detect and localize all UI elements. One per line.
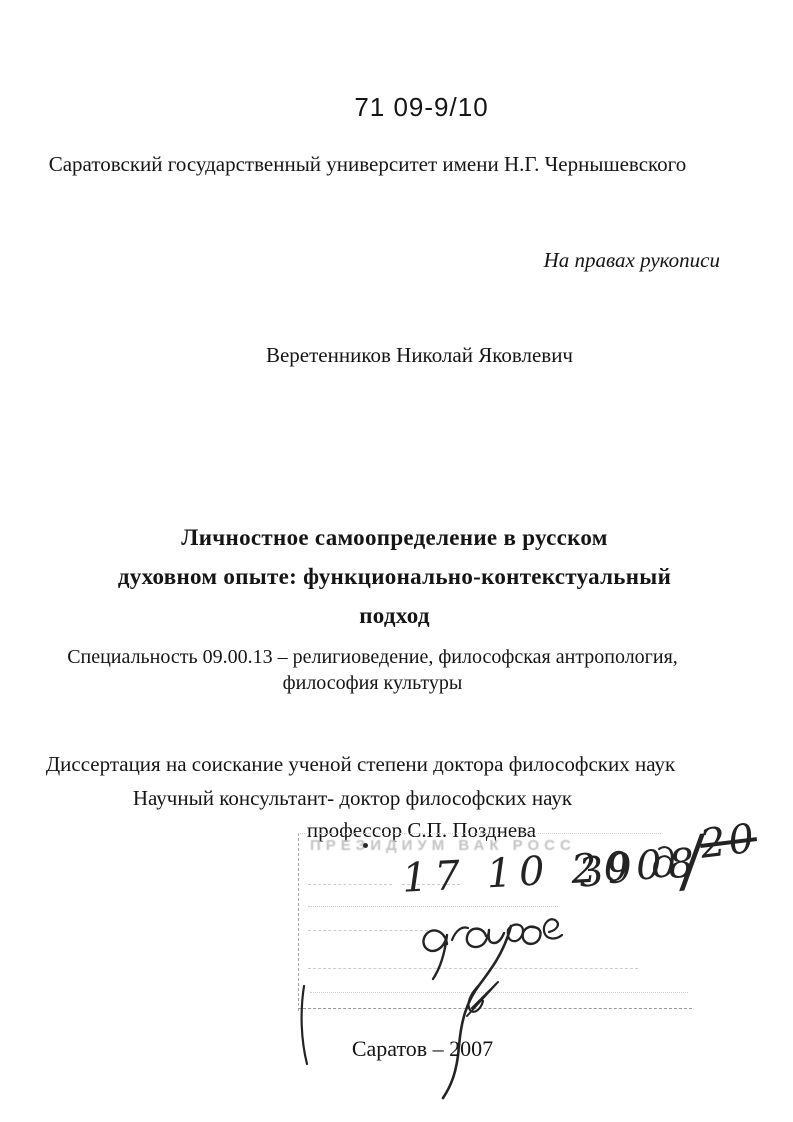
- specialty-note: Специальность 09.00.13 – религиоведение,…: [0, 644, 769, 696]
- title-line-2: духовном опыте: функционально-контекстуа…: [0, 557, 791, 596]
- handwritten-denominator: 20: [697, 815, 759, 868]
- catalog-code: 71 09-9/10: [25, 92, 793, 123]
- title-line-1: Личностное самоопределение в русском: [0, 518, 791, 557]
- author-name: Веретенников Николай Яковлевич: [23, 343, 793, 368]
- specialty-line-2: философия культуры: [0, 670, 769, 696]
- dissertation-note: Диссертация на соискание ученой степени …: [0, 752, 757, 777]
- scanned-title-page: 71 09-9/10 Саратовский государственный у…: [0, 0, 793, 1122]
- stamp-faint-line: [310, 992, 688, 993]
- manuscript-rights-note: На правах рукописи: [544, 248, 720, 273]
- dissertation-title: Личностное самоопределение в русском дух…: [0, 518, 791, 635]
- stamp-faint-line: [308, 968, 638, 969]
- stamp-dot-icon: [363, 843, 368, 848]
- stamp-faint-line: [308, 930, 428, 931]
- stamp-bottom-border: [298, 1008, 692, 1009]
- specialty-line-1: Специальность 09.00.13 – религиоведение,…: [0, 644, 769, 670]
- university-name: Саратовский государственный университет …: [0, 152, 764, 177]
- stamp-faint-line: [308, 906, 558, 907]
- consultant-note: Научный консультант- доктор философских …: [0, 786, 749, 811]
- title-line-3: подход: [0, 596, 791, 635]
- stamp-faint-line: [308, 884, 392, 885]
- city-year: Саратов – 2007: [26, 1036, 793, 1062]
